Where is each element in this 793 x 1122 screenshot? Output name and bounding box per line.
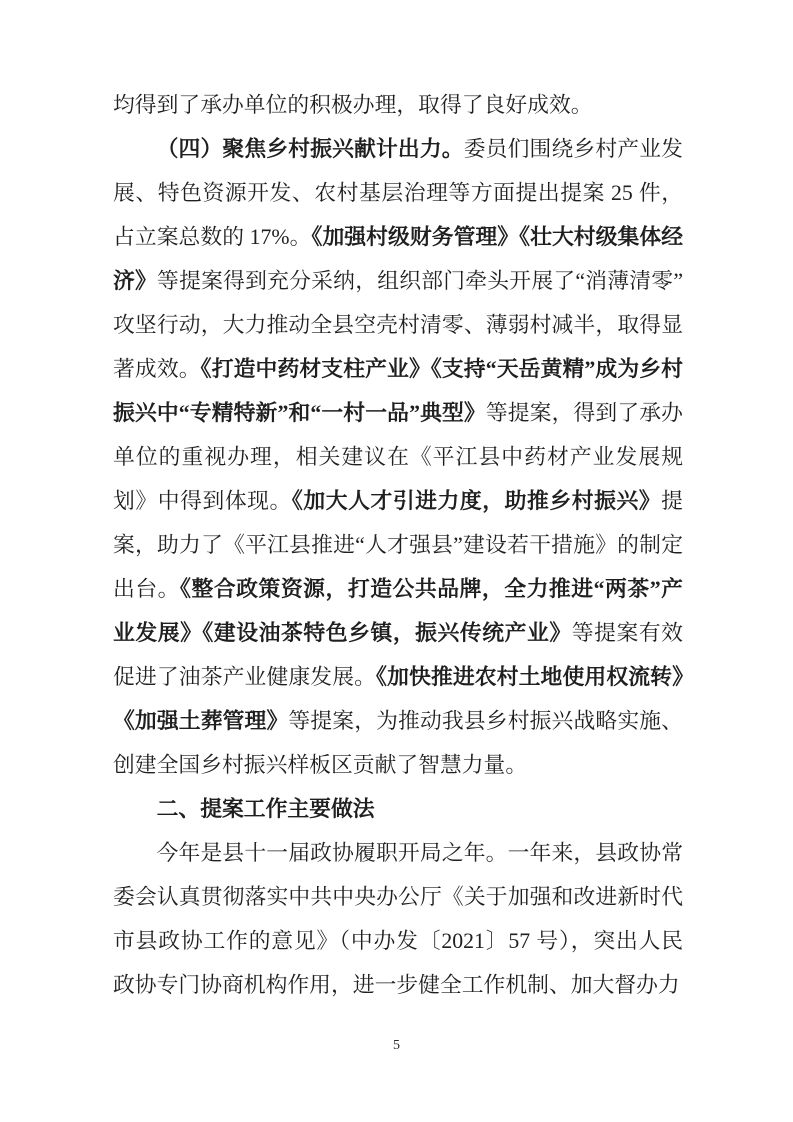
document-page: 均得到了承办单位的积极办理，取得了良好成效。（四）聚焦乡村振兴献计出力。委员们围… [0,0,793,1122]
document-body: 均得到了承办单位的积极办理，取得了良好成效。（四）聚焦乡村振兴献计出力。委员们围… [113,83,683,1007]
page-number: 5 [0,1036,793,1056]
bold-text-run: 《加大人才引进力度，助推乡村振兴》 [292,489,661,513]
bold-text-run: （四）聚焦乡村振兴献计出力。 [157,137,464,161]
paragraph: 今年是县十一届政协履职开局之年。一年来，县政协常委会认真贯彻落实中共中央办公厅《… [113,831,683,1007]
paragraph: 均得到了承办单位的积极办理，取得了良好成效。 [113,83,683,127]
text-run: 均得到了承办单位的积极办理，取得了良好成效。 [113,93,593,117]
section-heading: 二、提案工作主要做法 [113,787,683,831]
bold-text-run: 二、提案工作主要做法 [157,796,375,821]
paragraph: （四）聚焦乡村振兴献计出力。委员们围绕乡村产业发展、特色资源开发、农村基层治理等… [113,127,683,787]
text-run: 今年是县十一届政协履职开局之年。一年来，县政协常委会认真贯彻落实中共中央办公厅《… [113,841,683,997]
